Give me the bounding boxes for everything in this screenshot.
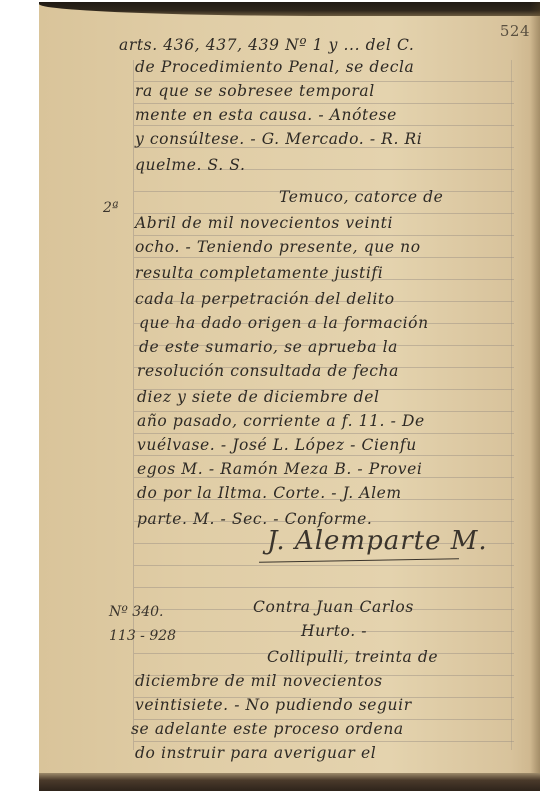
margin-rule-right [511, 60, 512, 750]
book-top-edge [39, 2, 540, 16]
entry2-line-3: ocho. - Teniendo presente, que no [135, 238, 421, 256]
entry1-line-3: ra que se sobresee temporal [135, 82, 375, 100]
entry3-title-line-1: Contra Juan Carlos [253, 598, 414, 616]
entry2-line-9: diez y siete de diciembre del [137, 388, 380, 406]
entry3-title-line-2: Hurto. - [301, 622, 367, 640]
entry2-line-12: egos M. - Ramón Meza B. - Provei [137, 460, 422, 478]
entry1-line-6: quelme. S. S. [135, 156, 245, 174]
entry3-line-1: Collipulli, treinta de [267, 648, 438, 666]
entry3-line-2: diciembre de mil novecientos [135, 672, 383, 690]
ledger-page: 524 arts. 436, 437, 439 Nº 1 y ... del C… [39, 2, 540, 791]
entry3-case-number: Nº 340. [109, 604, 163, 620]
entry2-margin-label: 2ª [103, 200, 119, 216]
entry2-line-5: cada la perpetración del delito [135, 290, 395, 308]
entry2-line-7: de este sumario, se aprueba la [139, 338, 398, 356]
book-bottom-edge [39, 773, 540, 791]
entry2-line-6: que ha dado origen a la formación [139, 314, 429, 332]
page-right-shadow [530, 2, 540, 791]
entry2-line-4: resulta completamente justifi [135, 264, 383, 282]
entry2-line-2: Abril de mil novecientos veinti [135, 214, 393, 232]
entry2-line-1: Temuco, catorce de [279, 188, 443, 206]
entry3-line-5: do instruir para averiguar el [135, 744, 376, 762]
entry2-line-8: resolución consultada de fecha [137, 362, 399, 380]
entry1-line-5: y consúltese. - G. Mercado. - R. Ri [135, 130, 422, 148]
entry3-reference: 113 - 928 [109, 628, 176, 644]
margin-rule-left [133, 60, 134, 750]
entry1-line-2: de Procedimiento Penal, se decla [135, 58, 414, 76]
entry2-line-10: año pasado, corriente a f. 11. - De [137, 412, 425, 430]
entry2-line-11: vuélvase. - José L. López - Cienfu [137, 436, 417, 454]
entry3-line-3: veintisiete. - No pudiendo seguir [135, 696, 412, 714]
entry2-line-13: do por la Iltma. Corte. - J. Alem [137, 484, 402, 502]
entry3-line-4: se adelante este proceso ordena [131, 720, 404, 738]
signature: J. Alemparte M. [267, 526, 488, 556]
entry1-line-4: mente en esta causa. - Anótese [135, 106, 397, 124]
entry1-line-1: arts. 436, 437, 439 Nº 1 y ... del C. [119, 36, 414, 54]
folio-number: 524 [500, 22, 530, 40]
